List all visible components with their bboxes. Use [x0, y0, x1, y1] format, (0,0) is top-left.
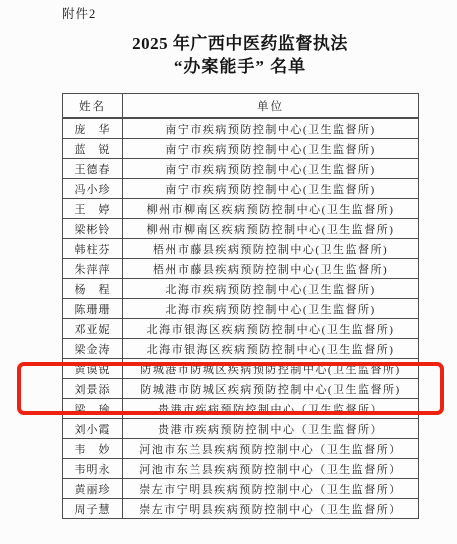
name-cell: 王德春	[63, 159, 123, 179]
unit-cell: 防城港市防城区疾病预防控制中心(卫生监督所)	[123, 359, 419, 379]
name-cell: 冯小珍	[63, 179, 123, 199]
unit-cell: 南宁市疾病预防控制中心(卫生监督所)	[123, 179, 419, 199]
name-cell: 周子慧	[63, 499, 123, 519]
name-cell: 韩柱芬	[63, 239, 123, 259]
unit-cell: 梧州市藤县疾病预防控制中心(卫生监督所)	[123, 239, 419, 259]
table-row: 韩柱芬 梧州市藤县疾病预防控制中心(卫生监督所)	[63, 239, 419, 259]
title-line-1: 2025 年广西中医药监督执法	[62, 32, 418, 55]
table-row: 刘小霞 贵港市疾病预防控制中心（卫生监督所）	[63, 419, 419, 439]
attachment-label: 附件2	[62, 4, 96, 22]
header-unit: 单位	[123, 94, 419, 119]
name-cell: 韦明永	[63, 459, 123, 479]
name-cell: 梁彬铃	[63, 219, 123, 239]
table-row: 冯小珍 南宁市疾病预防控制中心(卫生监督所)	[63, 179, 419, 199]
table-row: 庞 华 南宁市疾病预防控制中心(卫生监督所)	[63, 118, 419, 139]
unit-cell: 南宁市疾病预防控制中心(卫生监督所)	[123, 139, 419, 159]
unit-cell: 南宁市疾病预防控制中心(卫生监督所)	[123, 159, 419, 179]
name-cell: 朱萍萍	[63, 259, 123, 279]
document-page: 附件2 2025 年广西中医药监督执法 “办案能手” 名单 姓名 单位 庞 华 …	[0, 0, 457, 544]
unit-cell: 河池市东兰县疾病预防控制中心（卫生监督所）	[123, 439, 419, 459]
unit-cell: 河池市东兰县疾病预防控制中心（卫生监督所）	[123, 459, 419, 479]
name-cell: 王 婷	[63, 199, 123, 219]
table-row: 刘景添 防城港市防城区疾病预防控制中心(卫生监督所)	[63, 379, 419, 399]
table-row: 梁 瑜 贵港市疾病预防控制中心（卫生监督所）	[63, 399, 419, 419]
table-row: 梁金涛 北海市银海区疾病预防控制中心(卫生监督所)	[63, 339, 419, 359]
roster-table: 姓名 单位 庞 华 南宁市疾病预防控制中心(卫生监督所) 蓝 锐 南宁市疾病预防…	[62, 93, 419, 519]
unit-cell: 崇左市宁明县疾病预防控制中心（卫生监督所）	[123, 499, 419, 519]
table-row: 周子慧 崇左市宁明县疾病预防控制中心（卫生监督所）	[63, 499, 419, 519]
unit-cell: 崇左市宁明县疾病预防控制中心（卫生监督所）	[123, 479, 419, 499]
unit-cell: 北海市银海区疾病预防控制中心(卫生监督所)	[123, 339, 419, 359]
table-row: 杨 程 北海市疾病预防控制中心(卫生监督所)	[63, 279, 419, 299]
name-cell: 庞 华	[63, 118, 123, 139]
unit-cell: 梧州市藤县疾病预防控制中心(卫生监督所)	[123, 259, 419, 279]
name-cell: 刘景添	[63, 379, 123, 399]
name-cell: 蓝 锐	[63, 139, 123, 159]
table-row: 邓亚妮 北海市银海区疾病预防控制中心(卫生监督所)	[63, 319, 419, 339]
unit-cell: 北海市疾病预防控制中心(卫生监督所)	[123, 299, 419, 319]
header-name: 姓名	[63, 94, 123, 119]
name-cell: 梁 瑜	[63, 399, 123, 419]
table-row: 朱萍萍 梧州市藤县疾病预防控制中心(卫生监督所)	[63, 259, 419, 279]
unit-cell: 北海市疾病预防控制中心(卫生监督所)	[123, 279, 419, 299]
table-row: 黄谟锐 防城港市防城区疾病预防控制中心(卫生监督所)	[63, 359, 419, 379]
document-title: 2025 年广西中医药监督执法 “办案能手” 名单	[62, 32, 418, 78]
table-row: 王 婷 柳州市柳南区疾病预防控制中心(卫生监督所)	[63, 199, 419, 219]
unit-cell: 北海市银海区疾病预防控制中心(卫生监督所)	[123, 319, 419, 339]
unit-cell: 贵港市疾病预防控制中心（卫生监督所）	[123, 419, 419, 439]
table-row: 王德春 南宁市疾病预防控制中心(卫生监督所)	[63, 159, 419, 179]
unit-cell: 柳州市柳南区疾病预防控制中心(卫生监督所)	[123, 199, 419, 219]
unit-cell: 贵港市疾病预防控制中心（卫生监督所）	[123, 399, 419, 419]
name-cell: 杨 程	[63, 279, 123, 299]
name-cell: 梁金涛	[63, 339, 123, 359]
table-header-row: 姓名 单位	[63, 94, 419, 119]
unit-cell: 防城港市防城区疾病预防控制中心(卫生监督所)	[123, 379, 419, 399]
name-cell: 邓亚妮	[63, 319, 123, 339]
name-cell: 陈珊珊	[63, 299, 123, 319]
table-body: 庞 华 南宁市疾病预防控制中心(卫生监督所) 蓝 锐 南宁市疾病预防控制中心(卫…	[63, 118, 419, 519]
name-cell: 刘小霞	[63, 419, 123, 439]
name-cell: 黄丽珍	[63, 479, 123, 499]
table-row: 韦 妙 河池市东兰县疾病预防控制中心（卫生监督所）	[63, 439, 419, 459]
table-row: 陈珊珊 北海市疾病预防控制中心(卫生监督所)	[63, 299, 419, 319]
name-cell: 黄谟锐	[63, 359, 123, 379]
table-row: 黄丽珍 崇左市宁明县疾病预防控制中心（卫生监督所）	[63, 479, 419, 499]
name-cell: 韦 妙	[63, 439, 123, 459]
unit-cell: 南宁市疾病预防控制中心(卫生监督所)	[123, 118, 419, 139]
table-row: 梁彬铃 柳州市柳南区疾病预防控制中心(卫生监督所)	[63, 219, 419, 239]
table-row: 蓝 锐 南宁市疾病预防控制中心(卫生监督所)	[63, 139, 419, 159]
table-row: 韦明永 河池市东兰县疾病预防控制中心（卫生监督所）	[63, 459, 419, 479]
unit-cell: 柳州市柳南区疾病预防控制中心(卫生监督所)	[123, 219, 419, 239]
title-line-2: “办案能手” 名单	[62, 55, 418, 78]
